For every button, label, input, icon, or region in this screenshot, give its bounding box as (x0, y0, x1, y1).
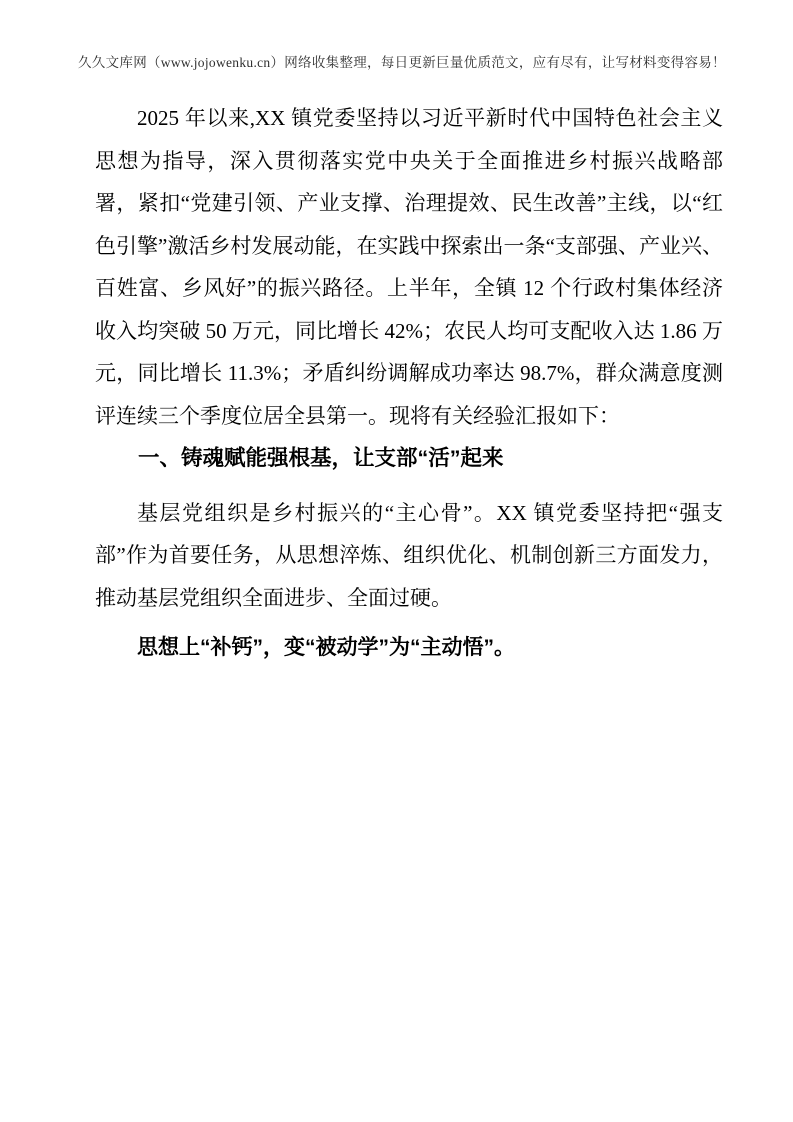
paragraph-section1-intro: 基层党组织是乡村振兴的“主心骨”。XX 镇党委坚持把“强支部”作为首要任务，从思… (95, 492, 723, 620)
paragraph-intro: 2025 年以来,XX 镇党委坚持以习近平新时代中国特色社会主义思想为指导，深入… (95, 97, 723, 437)
document-page: 久久文库网（www.jojowenku.cn）网络收集整理，每日更新巨量优质范文… (0, 0, 793, 1122)
document-body: 2025 年以来,XX 镇党委坚持以习近平新时代中国特色社会主义思想为指导，深入… (95, 97, 723, 670)
section-heading-1: 一、铸魂赋能强根基，让支部“活”起来 (95, 437, 723, 480)
paragraph-bold-subpoint: 思想上“补钙”，变“被动学”为“主动悟”。 (95, 627, 723, 670)
site-watermark-header: 久久文库网（www.jojowenku.cn）网络收集整理，每日更新巨量优质范文… (78, 53, 731, 73)
